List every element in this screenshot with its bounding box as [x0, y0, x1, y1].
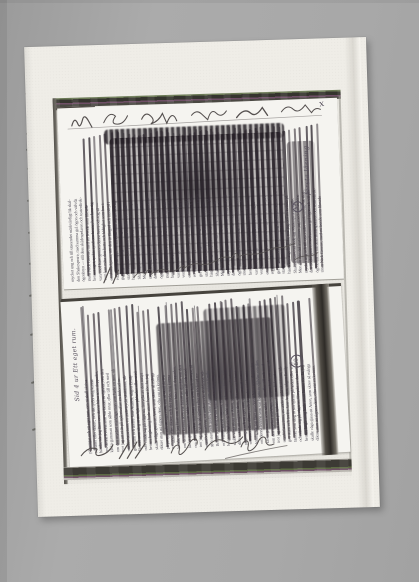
page-number: 50 [294, 357, 300, 364]
paper-sheet: mycket ung och till utseendet märkvärdig… [24, 37, 380, 517]
scanner-bed: mycket ung och till utseendet märkvärdig… [0, 0, 419, 582]
scanner-shadow-top [0, 0, 419, 3]
book-page-top: mycket ung och till utseendet märkvärdig… [57, 98, 344, 290]
scanner-shadow-left [0, 0, 7, 582]
page-reference-note: Sid 4 ur Ett eget rum. [70, 328, 81, 402]
monogram-letter: M [294, 204, 301, 210]
photocopy-of-book: mycket ung och till utseendet märkvärdig… [53, 90, 352, 484]
